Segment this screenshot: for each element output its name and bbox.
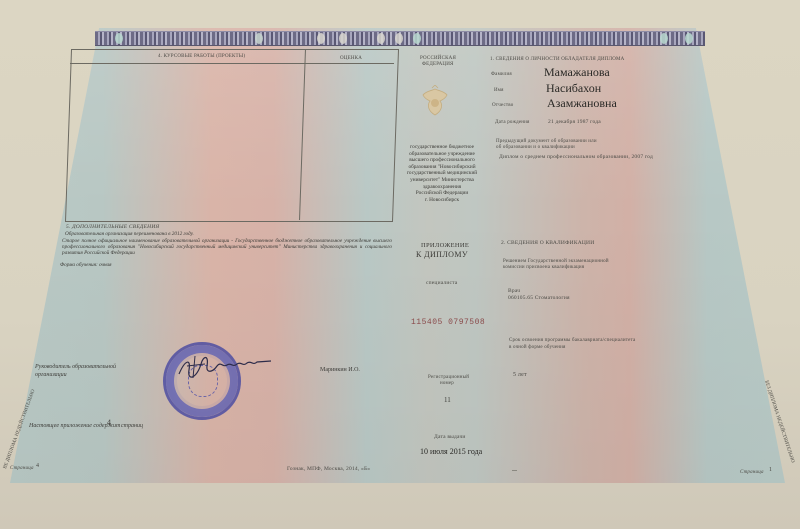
prev-doc-label-line-1: Предыдущий документ об образовании или [496,139,597,144]
coursework-header: 4. КУРСОВЫЕ РАБОТЫ (ПРОЕКТЫ) [158,54,245,59]
appendix-title-line-2: К ДИПЛОМУ [416,250,468,259]
prev-doc-value: Диплом о среднем профессиональном образо… [499,154,653,160]
prev-doc-label-line-2: об образовании и о квалификации [496,145,575,150]
serial-number: 115405 0797508 [411,318,485,327]
pages-suffix: страниц [121,423,143,429]
security-pattern-band [95,31,705,46]
birth-date-value: 21 декабря 1987 года [548,119,601,125]
name-label: Имя [494,88,504,93]
document-photo: 4. КУРСОВЫЕ РАБОТЫ (ПРОЕКТЫ) ОЦЕНКА 5. Д… [0,0,800,529]
additional-info-line-3: Форма обучения: очная [60,262,260,268]
birth-date-label: Дата рождения [495,120,530,125]
institution-line: государственный медицинский [392,170,492,177]
issue-date-label: Дата выдачи [434,434,466,440]
duration-label-line-1: Срок освоения программы бакалавриата/спе… [509,338,635,343]
qualification-value: Врач [508,288,520,294]
table-header-divider [70,63,394,64]
specialty-value: 060105.65 Стоматология [508,295,570,301]
signature [175,352,275,382]
left-page-footer-label: Страница [10,466,34,471]
qualification-header: 2. СВЕДЕНИЯ О КВАЛИФИКАЦИИ [501,240,594,246]
issue-date: 10 июля 2015 года [420,447,482,456]
duration-value: 5 лет [513,372,527,378]
right-page-footer-number: 1 [769,467,772,473]
reg-number-label-line-2: номер [440,381,454,386]
institution-block: государственное бюджетное образовательно… [392,144,492,203]
right-page-footer-label: Страница [740,470,764,475]
institution-line: университет" Министерства [392,177,492,184]
coursework-table [65,49,399,222]
appendix-title-line-1: ПРИЛОЖЕНИЕ [421,242,469,249]
printer-imprint: Гознак, МПФ, Москва, 2014, «Б» [287,466,370,472]
additional-info-line-1: Образовательная организация переименован… [65,231,385,237]
reg-number: 11 [444,396,451,404]
coat-of-arms-icon [420,85,450,119]
head-name: Маринкин И.О. [320,367,360,373]
country-line-2: ФЕДЕРАЦИЯ [422,62,454,67]
institution-line: государственное бюджетное [392,144,492,151]
head-label-line-1: Руководитель образовательной [35,364,116,370]
commission-line-1: Решением Государственной экзаменационной [503,259,609,264]
duration-label-line-2: в очной форме обучения [509,345,566,350]
name-value: Насибахон [546,81,601,96]
patronymic-label: Отчество [492,103,514,108]
institution-line: Российской Федерации [392,190,492,197]
institution-line: высшего профессионального [392,157,492,164]
additional-info-header: 5. ДОПОЛНИТЕЛЬНЫЕ СВЕДЕНИЯ [66,224,159,230]
institution-line: г. Новосибирск [392,197,492,204]
pages-count: 4 [107,418,111,427]
country-line-1: РОССИЙСКАЯ [420,56,456,61]
head-label-line-2: организации [35,372,67,378]
surname-label: Фамилия [491,72,512,77]
qualification-level: специалиста [426,280,457,286]
left-page-footer-number: 4 [36,463,39,469]
commission-line-2: комиссии присвоена квалификация [503,265,584,270]
additional-info-line-2: Старое полное официальное наименование о… [62,238,392,257]
reg-number-label-line-1: Регистрационный [428,375,469,380]
patronymic-value: Азамжановна [547,96,617,111]
personal-info-header: 1. СВЕДЕНИЯ О ЛИЧНОСТИ ОБЛАДАТЕЛЯ ДИПЛОМ… [490,57,625,62]
center-dash [512,470,517,471]
surname-value: Мамажанова [544,65,610,80]
grade-header: ОЦЕНКА [340,56,362,61]
